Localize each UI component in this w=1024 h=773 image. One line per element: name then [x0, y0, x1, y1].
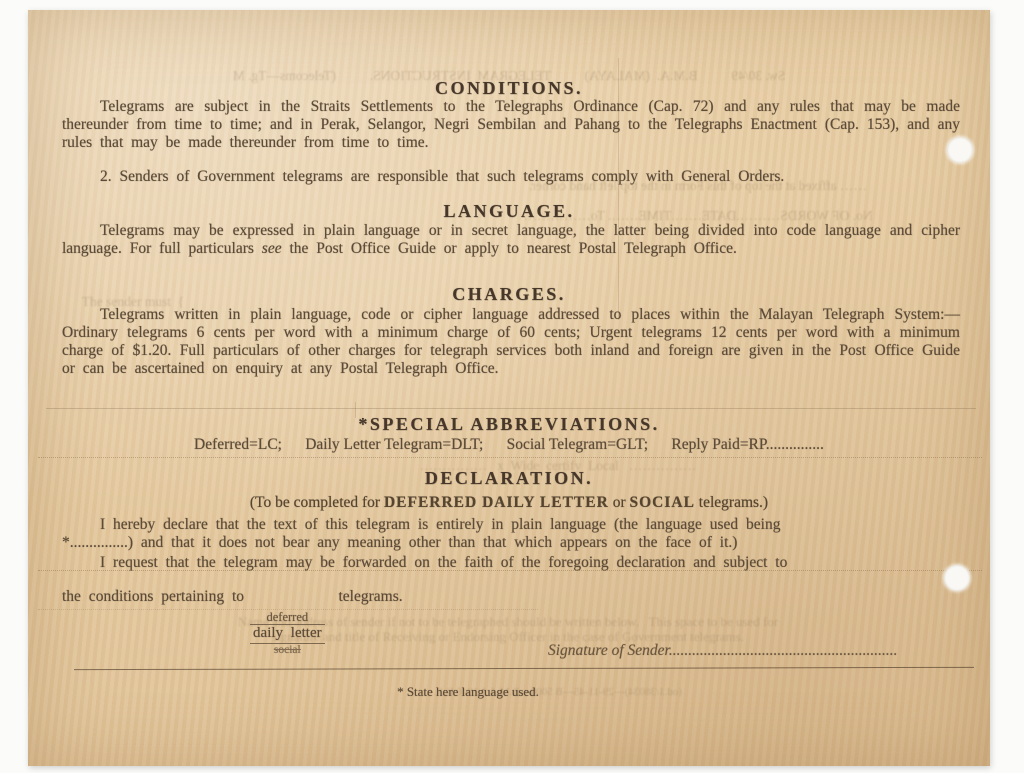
bottom-rule	[74, 667, 974, 670]
language-text: the Post Office Guide or apply to neares…	[282, 240, 737, 257]
section-rule	[46, 408, 976, 409]
declaration-line-2: *...............) and that it does not b…	[62, 534, 960, 552]
punch-hole	[947, 137, 973, 163]
language-see-italic: see	[262, 240, 282, 257]
declaration-line-4-text: the conditions pertaining to	[62, 588, 244, 605]
declaration-heading: DECLARATION.	[28, 468, 990, 489]
special-abbreviations-heading: *SPECIAL ABBREVIATIONS.	[28, 414, 990, 435]
option-daily-letter: daily letter	[250, 624, 325, 644]
option-deferred: deferred	[267, 611, 309, 624]
subtitle-text: (To be completed for	[250, 494, 384, 511]
charges-paragraph: Telegrams written in plain language, cod…	[62, 306, 960, 378]
dotted-rule	[38, 457, 982, 458]
language-paragraph: Telegrams may be expressed in plain lang…	[62, 222, 960, 258]
conditions-paragraph-2: 2. Senders of Government telegrams are r…	[62, 168, 960, 186]
charges-heading: CHARGES.	[28, 284, 990, 305]
telegram-form-back: Sw. 30/49 B.M.A. (MALAYA) TELEGRAM INSTR…	[28, 10, 990, 766]
signature-of-sender: Signature of Sender.....................…	[548, 642, 988, 660]
subtitle-bold-social: SOCIAL	[629, 494, 694, 511]
language-footnote: * State here language used.	[228, 684, 708, 700]
subtitle-bold-deferred-daily-letter: DEFERRED DAILY LETTER	[384, 494, 609, 511]
subtitle-text: telegrams.)	[695, 494, 768, 511]
abbreviations-line: Deferred=LC; Daily Letter Telegram=DLT; …	[28, 436, 990, 454]
declaration-line-3: I request that the telegram may be forwa…	[62, 554, 960, 572]
telegram-type-options: deferreddaily lettersocial	[250, 611, 325, 656]
subtitle-text: or	[609, 494, 630, 511]
signature-label: Signature of Sender	[548, 642, 669, 659]
punch-hole	[944, 565, 970, 591]
language-heading: LANGUAGE.	[28, 201, 990, 222]
declaration-line-4-text: telegrams.	[331, 588, 403, 605]
signature-dotted-line: ........................................…	[669, 642, 898, 659]
option-social-struck: social	[274, 644, 301, 656]
conditions-paragraph-1: Telegrams are subject in the Straits Set…	[62, 98, 960, 152]
conditions-heading: CONDITIONS.	[28, 78, 990, 99]
declaration-line-1: I hereby declare that the text of this t…	[62, 516, 960, 534]
declaration-subtitle: (To be completed for DEFERRED DAILY LETT…	[28, 494, 990, 512]
